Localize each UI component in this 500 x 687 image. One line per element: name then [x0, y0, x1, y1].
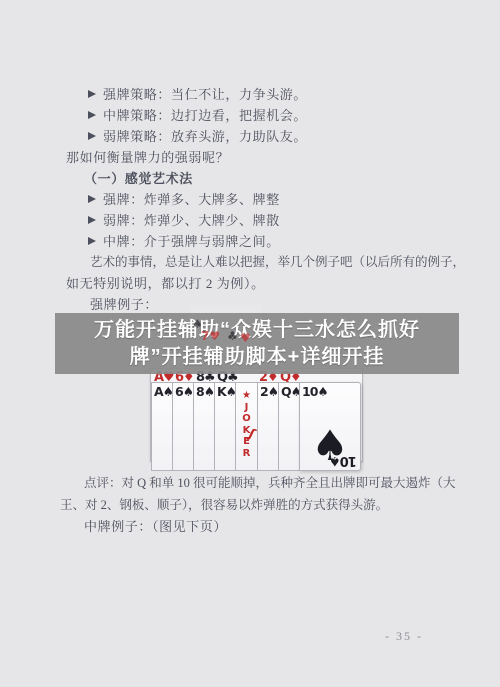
text-line-content: （一）感觉艺术法: [84, 171, 193, 186]
text-line-content: 强牌例子：: [90, 297, 158, 312]
joker-label: ★JOKER: [236, 390, 257, 459]
text-line: 强牌：炸弹多、大牌多、牌整: [66, 189, 462, 210]
overlay-title-banner: 万能开挂辅助“众娱十三水怎么抓好 牌”开挂辅助脚本+详细开挂: [55, 313, 459, 374]
text-line-content: 中牌：介于强牌与弱牌之间。: [103, 234, 280, 249]
text-line-content: 那如何衡量牌力的强弱呢？: [66, 150, 229, 165]
text-line-content: 强牌：炸弹多、大牌多、牌整: [103, 192, 280, 207]
arrow-bullet-icon: [88, 90, 96, 98]
text-line: 中牌策略：边打边看，把握机会。: [66, 105, 462, 126]
card-index-front: K♠: [217, 384, 236, 399]
arrow-bullet-icon: [88, 195, 96, 203]
playing-card: 8♠: [193, 382, 214, 471]
playing-card: ★JOKERʃ: [235, 382, 257, 471]
body-text-bottom: 点评：对 Q 和单 10 很可能顺掉，兵种齐全且出牌即可最大遏炸（大王、对 2、…: [60, 472, 462, 538]
playing-card: K♠: [214, 382, 235, 471]
text-line-content: 弱牌策略：放弃头游，力助队友。: [103, 129, 307, 144]
card-index-front: 2♠: [260, 384, 278, 399]
text-line: 弱牌策略：放弃头游，力助队友。: [66, 126, 462, 147]
obscured-card-glyph: 7♥: [201, 329, 220, 343]
playing-card: 6♠: [172, 382, 193, 471]
text-line: 王、对 2、钢板、顺子），很容易以炸弹胜的方式获得头游。: [60, 494, 462, 516]
card-index-front: A♠: [154, 384, 173, 399]
text-line-content: 中牌例子：（图见下页）: [84, 519, 227, 534]
joker-letter: ★: [236, 390, 257, 402]
card-index-front: 8♠: [196, 384, 214, 399]
playing-card: 2♠: [257, 382, 278, 471]
text-line-content: 中牌策略：边打边看，把握机会。: [103, 108, 307, 123]
text-line: （一）感觉艺术法: [66, 168, 462, 189]
page-number: - 35 -: [385, 629, 423, 644]
arrow-bullet-icon: [88, 216, 96, 224]
text-line: 弱牌：炸弹少、大牌少、牌散: [66, 210, 462, 231]
text-line: 中牌：介于强牌与弱牌之间。: [66, 231, 462, 252]
text-line-content: 点评：对 Q 和单 10 很可能顺掉，兵种齐全且出牌即可最大遏炸（大: [84, 476, 456, 490]
card-index-bottom: 10♠: [330, 453, 357, 468]
card-index-front: 6♠: [175, 384, 193, 399]
scanned-book-page: 强牌策略：当仁不让，力争头游。中牌策略：边打边看，把握机会。弱牌策略：放弃头游，…: [0, 0, 500, 687]
arrow-bullet-icon: [88, 237, 96, 245]
playing-card: A♠: [151, 382, 172, 471]
playing-card: 10♠♠10♠: [299, 382, 361, 471]
text-line: 强牌策略：当仁不让，力争头游。: [66, 84, 462, 105]
joker-letter: J: [236, 402, 257, 414]
playing-card: Q♠: [278, 382, 299, 471]
overlay-title-line1: 万能开挂辅助“众娱十三水怎么抓好: [55, 317, 459, 344]
text-line-content: 弱牌：炸弹少、大牌少、牌散: [103, 213, 280, 228]
text-line: 如无特别说明，都以打 2 为例）。: [66, 273, 462, 294]
text-line: 点评：对 Q 和单 10 很可能顺掉，兵种齐全且出牌即可最大遏炸（大: [60, 472, 462, 494]
card-index-front: 10♠: [302, 384, 328, 399]
text-line-content: 如无特别说明，都以打 2 为例）。: [66, 276, 265, 291]
overlay-title-line2: 牌”开挂辅助脚本+详细开挂: [55, 344, 459, 371]
text-line-content: 艺术的事情，总是让人难以把握，举几个例子吧（以后所有的例子，: [90, 255, 465, 269]
text-line: 艺术的事情，总是让人难以把握，举几个例子吧（以后所有的例子，: [66, 252, 462, 273]
text-line-content: 强牌策略：当仁不让，力争头游。: [103, 87, 307, 102]
obscured-card-glyph: ♥: [240, 331, 251, 345]
text-line: 中牌例子：（图见下页）: [60, 516, 462, 538]
joker-letter: R: [236, 448, 257, 460]
arrow-bullet-icon: [88, 132, 96, 140]
joker-letter: O: [236, 413, 257, 425]
card-index-front: Q♠: [281, 384, 301, 399]
arrow-bullet-icon: [88, 111, 96, 119]
body-text-top: 强牌策略：当仁不让，力争头游。中牌策略：边打边看，把握机会。弱牌策略：放弃头游，…: [66, 84, 462, 315]
obscured-card-glyph: ♣: [227, 329, 238, 343]
text-line-content: 王、对 2、钢板、顺子），很容易以炸弹胜的方式获得头游。: [60, 498, 388, 512]
text-line: 那如何衡量牌力的强弱呢？: [66, 147, 462, 168]
